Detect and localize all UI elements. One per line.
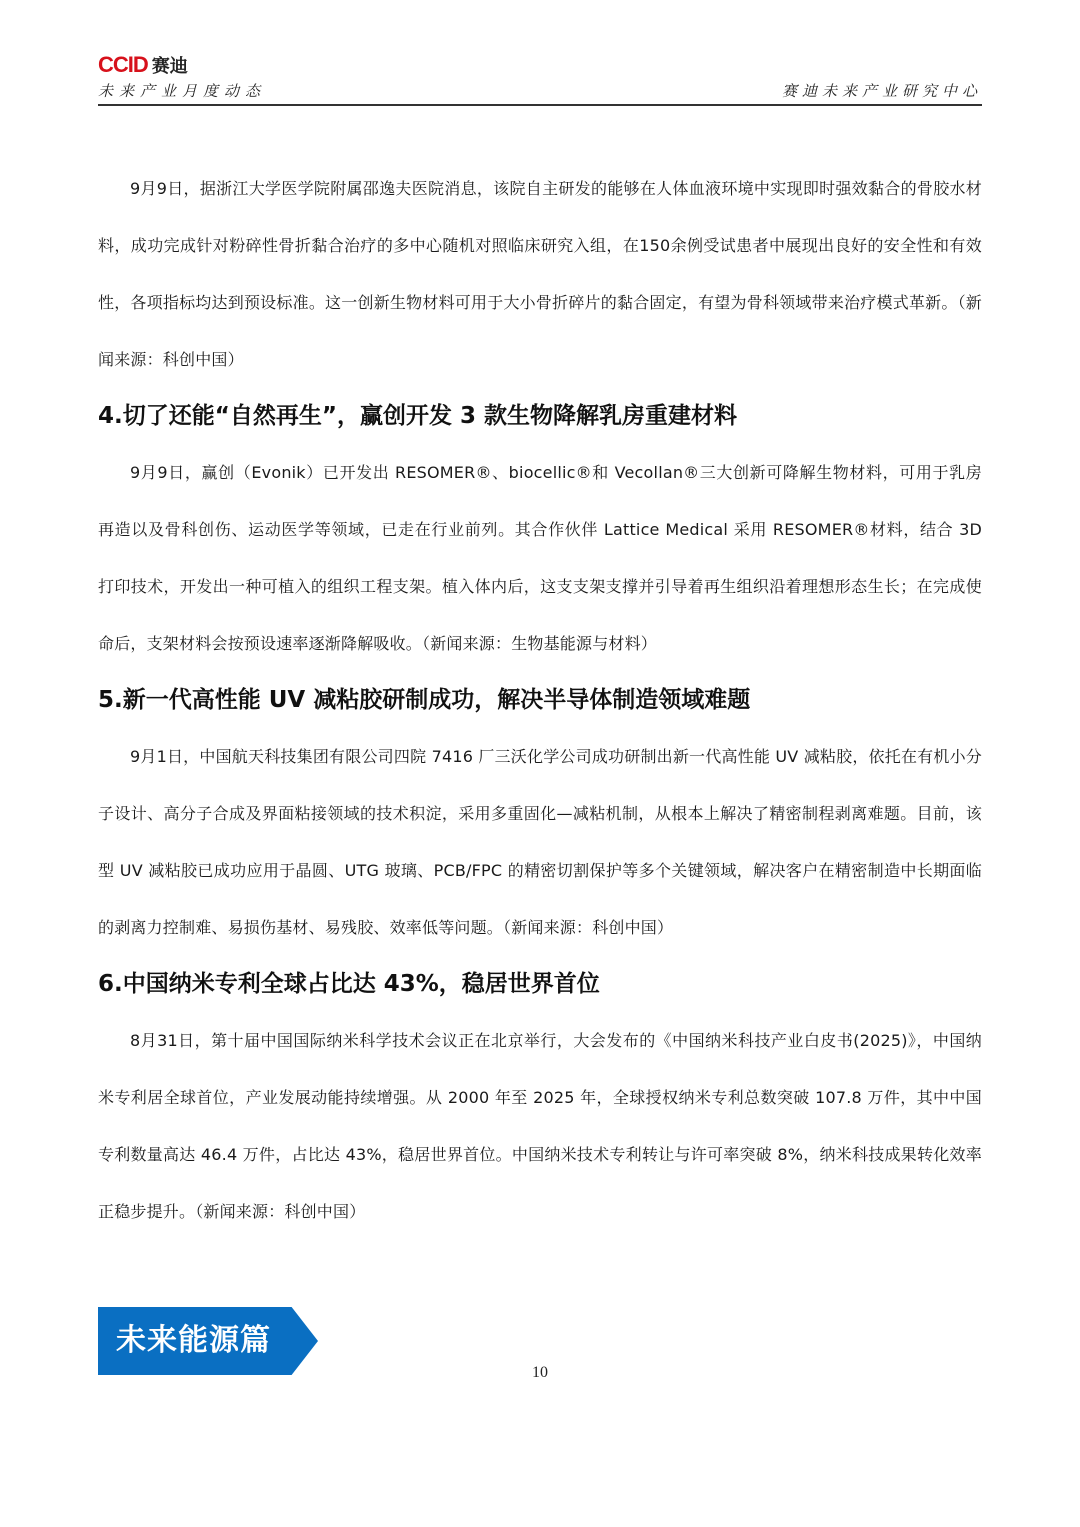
article-heading-4: 4.切了还能“自然再生”，赢创开发 3 款生物降解乳房重建材料: [98, 388, 982, 444]
article-body-5: 9月1日，中国航天科技集团有限公司四院 7416 厂三沃化学公司成功研制出新一代…: [98, 728, 982, 956]
article-body-4: 9月9日，赢创（Evonik）已开发出 RESOMER®、biocellic®和…: [98, 444, 982, 672]
header-divider: [98, 104, 982, 106]
publication-title: 未来产业月度动态: [98, 80, 266, 101]
article-body-6: 8月31日，第十届中国国际纳米科学技术会议正在北京举行，大会发布的《中国纳米科技…: [98, 1012, 982, 1240]
page-number: 10: [0, 1364, 1080, 1382]
page-content: 9月9日，据浙江大学医学院附属邵逸夫医院消息，该院自主研发的能够在人体血液环境中…: [98, 160, 982, 1240]
logo-latin: CCID: [98, 52, 148, 78]
ccid-logo: CCID 赛迪: [98, 52, 188, 78]
article-heading-6: 6.中国纳米专利全球占比达 43%，稳居世界首位: [98, 956, 982, 1012]
article-body-1: 9月9日，据浙江大学医学院附属邵逸夫医院消息，该院自主研发的能够在人体血液环境中…: [98, 160, 982, 388]
publisher-name: 赛迪未来产业研究中心: [782, 80, 982, 101]
article-heading-5: 5.新一代高性能 UV 减粘胶研制成功，解决半导体制造领域难题: [98, 672, 982, 728]
logo-cn: 赛迪: [152, 52, 188, 78]
